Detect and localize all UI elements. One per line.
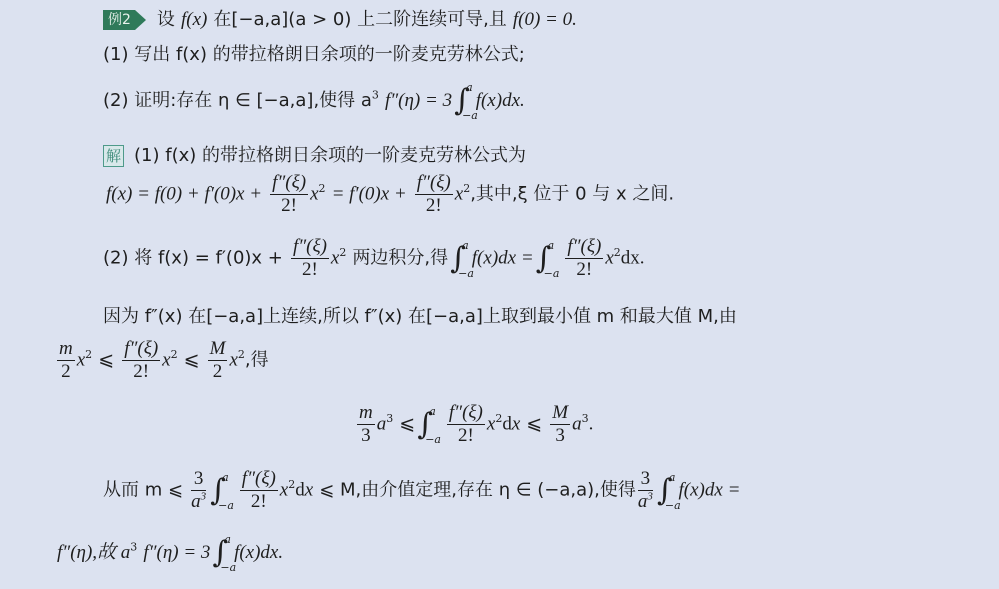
fraction: f″(ξ)2! xyxy=(291,236,329,281)
problem-part1: (1) 写出 f(x) 的带拉格朗日余项的一阶麦克劳林公式; xyxy=(103,43,525,67)
step2-integrate: (2) 将 f(x) = f′(0)x + f″(ξ)2!x2 两边积分,得∫a… xyxy=(103,236,645,281)
integral-bound: m3a3 ⩽∫a−a f″(ξ)2!x2dx ⩽ M3a3. xyxy=(355,402,593,447)
step5-conclusion: f″(η),故 a3 f″(η) = 3∫a−af(x)dx. xyxy=(57,538,283,568)
solution-intro: 解(1) f(x) 的带拉格朗日余项的一阶麦克劳林公式为 xyxy=(103,143,526,168)
maclaurin-formula: f(x) = f(0) + f′(0)x + f″(ξ)2!x2 = f′(0)… xyxy=(106,172,674,217)
step3-continuity: 因为 f″(x) 在[−a,a]上连续,所以 f″(x) 在[−a,a]上取到最… xyxy=(103,305,737,329)
problem-part2: (2) 证明:存在 η ∈ [−a,a],使得 a3 f″(η) = 3∫a−a… xyxy=(103,86,525,116)
step4-ivt: 从而 m ⩽ 3a3∫a−a f″(ξ)2!x2dx ⩽ M,由介值定理,存在 … xyxy=(103,468,740,513)
fraction: f″(ξ)2! xyxy=(415,172,453,217)
solution-badge: 解 xyxy=(103,145,124,167)
step3-inequality: m2x2 ⩽ f″(ξ)2!x2 ⩽ M2x2,得 xyxy=(55,338,269,383)
fraction: f″(ξ)2! xyxy=(565,236,603,281)
integral-sign: ∫a−a xyxy=(454,86,470,116)
example-badge: 例2 xyxy=(103,10,135,30)
fraction: f″(ξ)2! xyxy=(270,172,308,217)
problem-statement: 例2设 f(x) 在[−a,a](a > 0) 上二阶连续可导,且 f(0) =… xyxy=(103,7,577,32)
